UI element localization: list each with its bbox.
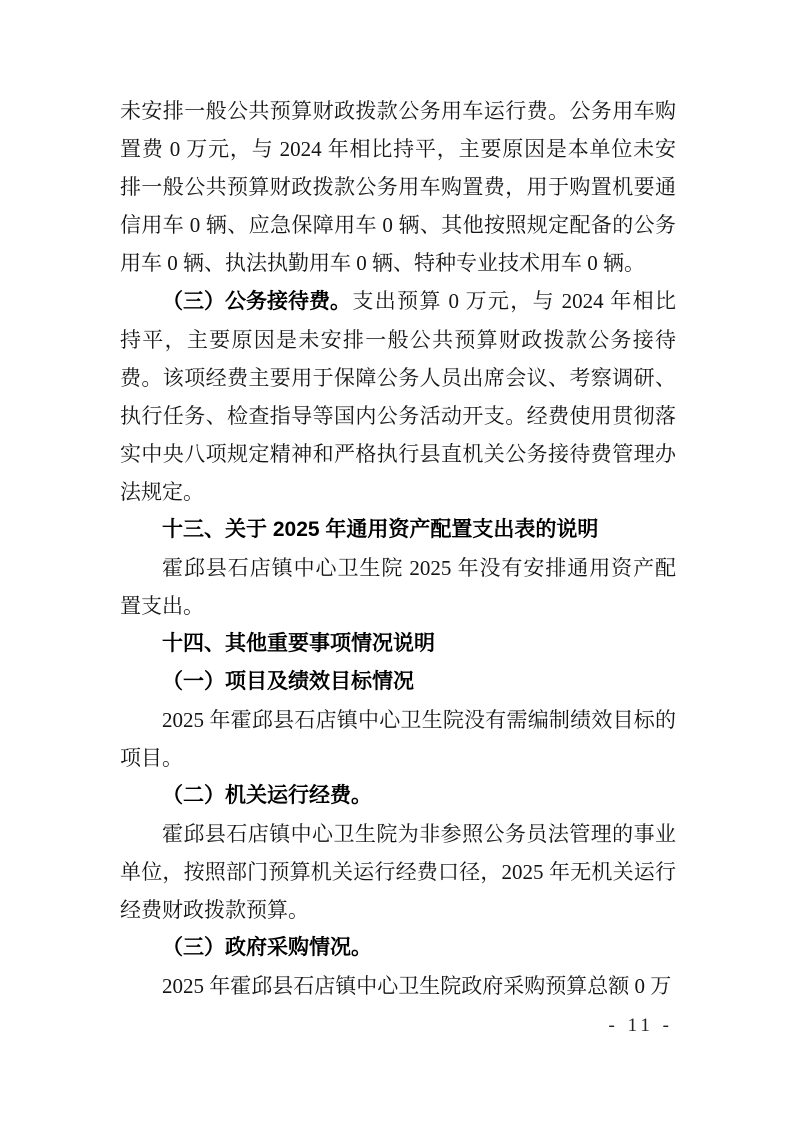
paragraph-body-official-reception: 支出预算 0 万元，与 2024 年相比持平，主要原因是未安排一般公共预算财政拨… (120, 289, 676, 504)
page-number: - 11 - (609, 1014, 673, 1038)
paragraph-section-14-2: 霍邱县石店镇中心卫生院为非参照公务员法管理的事业单位，按照部门预算机关运行经费口… (120, 815, 676, 929)
subsection-heading-14-1-performance-targets: （一）项目及绩效目标情况 (120, 663, 676, 701)
paragraph-section-14-1: 2025 年霍邱县石店镇中心卫生院没有需编制绩效目标的项目。 (120, 701, 676, 777)
paragraph-official-reception: （三）公务接待费。支出预算 0 万元，与 2024 年相比持平，主要原因是未安排… (120, 282, 676, 511)
paragraph-section-13: 霍邱县石店镇中心卫生院 2025 年没有安排通用资产配置支出。 (120, 549, 676, 625)
paragraph-vehicle-expense-carryover: 未安排一般公共预算财政拨款公务用车运行费。公务用车购置费 0 万元，与 2024… (120, 92, 676, 282)
subsection-heading-14-2-operating-funds: （二）机关运行经费。 (120, 777, 676, 815)
paragraph-lead-official-reception: （三）公务接待费。 (162, 283, 351, 321)
document-page: 未安排一般公共预算财政拨款公务用车运行费。公务用车购置费 0 万元，与 2024… (0, 0, 793, 1122)
section-heading-13-asset-allocation: 十三、关于 2025 年通用资产配置支出表的说明 (120, 511, 676, 549)
section-heading-14-other-important-matters: 十四、其他重要事项情况说明 (120, 625, 676, 663)
subsection-heading-14-3-government-procurement: （三）政府采购情况。 (120, 929, 676, 967)
paragraph-section-14-3: 2025 年霍邱县石店镇中心卫生院政府采购预算总额 0 万 (120, 967, 676, 1005)
document-body: 未安排一般公共预算财政拨款公务用车运行费。公务用车购置费 0 万元，与 2024… (120, 92, 676, 1005)
